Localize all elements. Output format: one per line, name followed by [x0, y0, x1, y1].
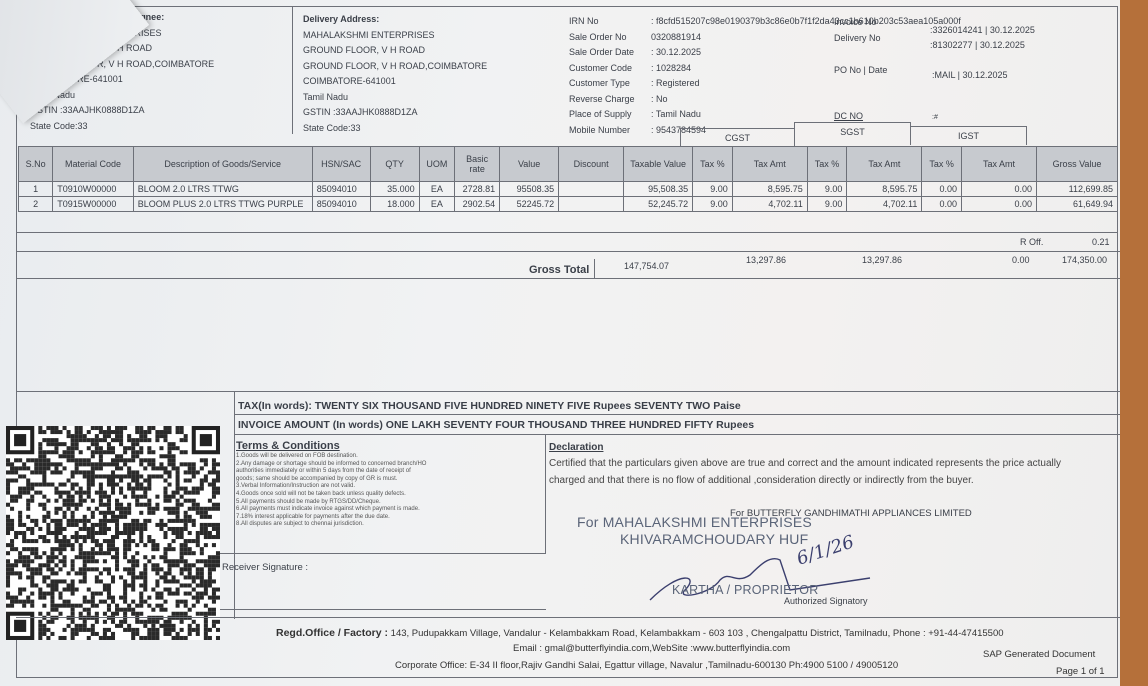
divider	[16, 251, 1120, 252]
igst-group-header: IGST	[910, 126, 1027, 145]
col-qty: QTY	[370, 147, 419, 182]
cell-sno: 1	[19, 182, 53, 197]
cell-value: 95508.35	[500, 182, 559, 197]
col-cgst-amt: Tax Amt	[732, 147, 807, 182]
delivery-block: Delivery Address: MAHALAKSHMI ENTERPRISE…	[303, 12, 487, 136]
order-info-row: Place of Supply: Tamil Nadu	[569, 107, 961, 123]
cell-material-code: T0915W00000	[53, 197, 133, 212]
order-info-row: IRN No: f8cfd515207c98e0190379b3c86e0b7f…	[569, 14, 961, 30]
cell-igst-amt: 0.00	[962, 197, 1037, 212]
col-description: Description of Goods/Service	[133, 147, 312, 182]
cell-uom: EA	[419, 182, 454, 197]
col-material-code: Material Code	[53, 147, 133, 182]
gross-total-label: Gross Total	[529, 265, 589, 276]
cell-description: BLOOM 2.0 LTRS TTWG	[133, 182, 312, 197]
declaration-heading: Declaration	[549, 443, 603, 453]
cell-cgst-rate: 9.00	[693, 197, 733, 212]
term-item: 5.All payments should be made by RTGS/DD…	[236, 499, 426, 507]
order-info-block: IRN No: f8cfd515207c98e0190379b3c86e0b7f…	[569, 14, 961, 138]
invoice-page: Name & Address of Consignee: MAHALAKSHMI…	[0, 0, 1120, 686]
declaration-line: Certified that the particulars given abo…	[549, 455, 1061, 472]
col-uom: UOM	[419, 147, 454, 182]
cell-gross-value: 61,649.94	[1037, 197, 1118, 212]
divider	[220, 609, 546, 610]
term-item: 7.18% interest applicable for payments a…	[236, 514, 426, 522]
cell-cgst-amt: 4,702.11	[732, 197, 807, 212]
sale-order-date-label: Sale Order Date	[569, 45, 651, 61]
col-hsn: HSN/SAC	[312, 147, 370, 182]
dc-no-label: DC NO	[834, 112, 863, 121]
col-basic-rate: Basic rate	[455, 147, 500, 182]
stamp-line-1: For MAHALAKSHMI ENTERPRISES	[577, 514, 812, 530]
cell-material-code: T0910W00000	[53, 182, 133, 197]
order-info-row: Reverse Charge: No	[569, 92, 961, 108]
round-off-value: 0.21	[1092, 238, 1110, 247]
cell-value: 52245.72	[500, 197, 559, 212]
delivery-line: GROUND FLOOR, V H ROAD	[303, 43, 487, 59]
sale-order-no-label: Sale Order No	[569, 30, 651, 46]
divider	[16, 617, 1120, 618]
declaration-line: charged and that there is no flow of add…	[549, 472, 1061, 489]
footer-corporate-office: Corporate Office: E-34 II floor,Rajiv Ga…	[395, 660, 898, 671]
gross-total-gross: 174,350.00	[1062, 256, 1107, 265]
regd-office: Regd.Office / Factory : 143, Pudupakkam …	[276, 627, 1004, 639]
sale-order-date-value: : 30.12.2025	[651, 47, 701, 57]
order-info-row: Sale Order No0320881914	[569, 30, 961, 46]
divider	[545, 434, 546, 554]
cell-igst-rate: 0.00	[922, 182, 962, 197]
cell-taxable-value: 52,245.72	[624, 197, 693, 212]
delivery-no-value: :81302277 | 30.12.2025	[930, 41, 1025, 50]
sale-order-no-value: 0320881914	[651, 32, 701, 42]
regd-office-label: Regd.Office / Factory :	[276, 627, 388, 639]
delivery-no-label: Delivery No	[834, 34, 881, 43]
cell-discount	[559, 197, 624, 212]
consignee-state-code: State Code:33	[30, 119, 214, 135]
items-table: S.No Material Code Description of Goods/…	[18, 146, 1118, 212]
customer-type-label: Customer Type	[569, 76, 651, 92]
irn-value: : f8cfd515207c98e0190379b3c86e0b7f1f2da4…	[651, 16, 961, 26]
table-row: 2 T0915W00000 BLOOM PLUS 2.0 LTRS TTWG P…	[19, 197, 1118, 212]
col-sgst-amt: Tax Amt	[847, 147, 922, 182]
customer-type-value: : Registered	[651, 78, 700, 88]
table-header-row: S.No Material Code Description of Goods/…	[19, 147, 1118, 182]
term-item: goods; same should be accompanied by cop…	[236, 476, 426, 484]
cell-cgst-rate: 9.00	[693, 182, 733, 197]
cell-hsn: 85094010	[312, 197, 370, 212]
delivery-line: Tamil Nadu	[303, 90, 487, 106]
sgst-group-header: SGST	[794, 122, 911, 141]
footer-email: Email : gmal@butterflyindia.com,WebSite …	[513, 643, 790, 654]
reverse-charge-value: : No	[651, 94, 668, 104]
regd-office-text: 143, Pudupakkam Village, Vandalur - Kela…	[388, 628, 1004, 639]
order-info-row: Customer Type: Registered	[569, 76, 961, 92]
invoice-no-value: :3326014241 | 30.12.2025	[930, 26, 1035, 35]
cell-sgst-amt: 4,702.11	[847, 197, 922, 212]
qr-code	[6, 426, 220, 640]
cell-basic-rate: 2728.81	[455, 182, 500, 197]
col-sno: S.No	[19, 147, 53, 182]
cell-sgst-rate: 9.00	[807, 182, 847, 197]
gross-total-cgst: 13,297.86	[746, 256, 786, 265]
dc-no-value: :#	[932, 114, 938, 121]
cell-description: BLOOM PLUS 2.0 LTRS TTWG PURPLE	[133, 197, 312, 212]
declaration-text: Certified that the particulars given abo…	[549, 455, 1061, 489]
cell-discount	[559, 182, 624, 197]
delivery-line: GROUND FLOOR, V H ROAD,COIMBATORE	[303, 59, 487, 75]
col-sgst-rate: Tax %	[807, 147, 847, 182]
col-igst-rate: Tax %	[922, 147, 962, 182]
cell-qty: 35.000	[370, 182, 419, 197]
consignee-gstin: GSTIN :33AAJHK0888D1ZA	[30, 103, 214, 119]
gross-total-igst: 0.00	[1012, 256, 1030, 265]
term-item: authorities immediately or within 5 days…	[236, 468, 426, 476]
col-cgst-rate: Tax %	[693, 147, 733, 182]
order-info-row: Customer Code: 1028284	[569, 61, 961, 77]
po-no-label: PO No | Date	[834, 66, 887, 75]
receiver-signature-label: Receiver Signature :	[222, 563, 308, 573]
cell-basic-rate: 2902.54	[455, 197, 500, 212]
cgst-group-header: CGST	[680, 128, 795, 147]
divider	[16, 232, 1118, 233]
cell-taxable-value: 95,508.35	[624, 182, 693, 197]
po-no-value: :MAIL | 30.12.2025	[932, 71, 1008, 80]
page-number: Page 1 of 1	[1056, 666, 1105, 677]
term-item: 2.Any damage or shortage should be infor…	[236, 461, 426, 469]
customer-code-label: Customer Code	[569, 61, 651, 77]
invoice-no-label: Invoice No	[834, 18, 877, 27]
stamp-line-3: KARTHA / PROPRIETOR	[672, 583, 818, 597]
gross-total-taxable: 147,754.07	[624, 262, 669, 271]
cell-sno: 2	[19, 197, 53, 212]
cell-uom: EA	[419, 197, 454, 212]
term-item: 6.All payments must indicate invoice aga…	[236, 506, 426, 514]
col-gross-value: Gross Value	[1037, 147, 1118, 182]
divider	[292, 6, 293, 134]
tax-in-words: TAX(In words): TWENTY SIX THOUSAND FIVE …	[238, 400, 741, 412]
terms-list: 1.Goods will be delivered on FOB destina…	[236, 453, 426, 529]
delivery-gstin: GSTIN :33AAJHK0888D1ZA	[303, 105, 487, 121]
gross-total-sgst: 13,297.86	[862, 256, 902, 265]
authorized-signatory: Authorized Signatory	[784, 597, 868, 606]
term-item: 3.Verbal Information/Instruction are not…	[236, 483, 426, 491]
reverse-charge-label: Reverse Charge	[569, 92, 651, 108]
cell-sgst-rate: 9.00	[807, 197, 847, 212]
divider	[594, 259, 595, 279]
place-of-supply-label: Place of Supply	[569, 107, 651, 123]
delivery-line: MAHALAKSHMI ENTERPRISES	[303, 28, 487, 44]
divider	[16, 391, 1120, 392]
divider	[234, 434, 1120, 435]
cell-hsn: 85094010	[312, 182, 370, 197]
customer-code-value: : 1028284	[651, 63, 691, 73]
delivery-state-code: State Code:33	[303, 121, 487, 137]
place-of-supply-value: : Tamil Nadu	[651, 109, 701, 119]
order-info-row: Sale Order Date: 30.12.2025	[569, 45, 961, 61]
cell-cgst-amt: 8,595.75	[732, 182, 807, 197]
term-item: 4.Goods once sold will not be taken back…	[236, 491, 426, 499]
cell-igst-rate: 0.00	[922, 197, 962, 212]
delivery-heading: Delivery Address:	[303, 12, 487, 28]
cell-qty: 18.000	[370, 197, 419, 212]
table-row: 1 T0910W00000 BLOOM 2.0 LTRS TTWG 850940…	[19, 182, 1118, 197]
term-item: 8.All disputes are subject to chennai ju…	[236, 521, 426, 529]
cell-igst-amt: 0.00	[962, 182, 1037, 197]
mobile-number-label: Mobile Number	[569, 123, 651, 139]
cell-gross-value: 112,699.85	[1037, 182, 1118, 197]
invoice-amount-in-words: INVOICE AMOUNT (In words) ONE LAKH SEVEN…	[238, 419, 754, 431]
terms-heading: Terms & Conditions	[236, 441, 340, 452]
col-value: Value	[500, 147, 559, 182]
cell-sgst-amt: 8,595.75	[847, 182, 922, 197]
divider	[16, 278, 1120, 279]
col-discount: Discount	[559, 147, 624, 182]
divider	[234, 414, 1120, 415]
divider	[220, 553, 546, 554]
col-taxable-value: Taxable Value	[624, 147, 693, 182]
divider	[234, 391, 235, 619]
delivery-line: COIMBATORE-641001	[303, 74, 487, 90]
col-igst-amt: Tax Amt	[962, 147, 1037, 182]
irn-label: IRN No	[569, 14, 651, 30]
sap-generated-label: SAP Generated Document	[983, 649, 1095, 660]
term-item: 1.Goods will be delivered on FOB destina…	[236, 453, 426, 461]
round-off-label: R Off.	[1020, 238, 1043, 247]
